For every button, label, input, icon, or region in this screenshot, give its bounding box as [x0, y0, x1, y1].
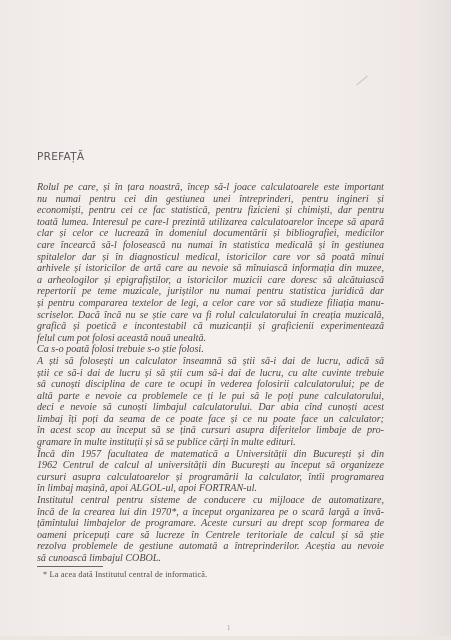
preface-body: Rolul pe care, și în țara noastră, încep…	[37, 182, 384, 565]
text-line: și pentru compararea textelor de legi, a…	[37, 298, 384, 310]
text-line: limbaj îți poți da seama de ce poate fac…	[37, 414, 384, 426]
text-line: spitalelor dar și în diagnosticul medica…	[37, 252, 384, 264]
text-line: 1962 Centrul de calcul al universității …	[37, 460, 384, 472]
page-edge	[0, 636, 451, 640]
text-line: Încă din 1957 facultatea de matematică a…	[37, 449, 384, 461]
text-line: deci e nevoie să cunoști limbajul calcul…	[37, 402, 384, 414]
text-line: oameni pricepuți care să lucreze în Cent…	[37, 530, 384, 542]
text-line: rezolva problemele de gestiune automată …	[37, 541, 384, 553]
text-line: repertorii pe teme muzicale, juriștilor …	[37, 286, 384, 298]
page-title: PREFAȚĂ	[37, 151, 84, 163]
text-line: toată lumea. Interesul pe care-l prezint…	[37, 217, 384, 229]
text-line: știi ce să-i dai de lucru și să știi cum…	[37, 368, 384, 380]
text-line: grafică și poetică e incontestabil că mu…	[37, 321, 384, 333]
footnote-divider	[37, 566, 103, 567]
text-line: clar și celor ce lucrează în domeniul do…	[37, 228, 384, 240]
text-line: altă parte e nevoie ca problemele ce ți …	[37, 391, 384, 403]
text-line: gramare în multe instituții și să se pub…	[37, 437, 384, 449]
text-line: care încearcă să-l folosească nu numai î…	[37, 240, 384, 252]
text-line: a arheologilor și epigrafiștilor, a isto…	[37, 275, 384, 287]
text-line: Ca s-o poată folosi trebuie s-o știe fol…	[37, 344, 384, 356]
page-number: 1	[227, 624, 231, 632]
text-line: să cunoști disciplina de care te ocupi î…	[37, 379, 384, 391]
text-line: A ști să folosești un calculator înseamn…	[37, 356, 384, 368]
text-line: în limbaj mașină, apoi ALGOL-ul, apoi FO…	[37, 483, 384, 495]
book-page: PREFAȚĂ Rolul pe care, și în țara noastr…	[0, 0, 451, 640]
text-line: Rolul pe care, și în țara noastră, încep…	[37, 182, 384, 194]
text-line: nu numai pentru cei din gestiunea unei î…	[37, 194, 384, 206]
text-line: felul cum pot folosi această nouă unealt…	[37, 333, 384, 345]
text-line: încă de la crearea lui din 1970*, a înce…	[37, 507, 384, 519]
text-line: în acest scop au început să se țină curs…	[37, 425, 384, 437]
footnote: * La acea dată Institutul central de inf…	[43, 570, 207, 579]
text-line: cursuri asupra calculatoarelor și progra…	[37, 472, 384, 484]
text-line: să cunoască limbajul COBOL.	[37, 553, 384, 565]
text-line: Institutul central pentru sisteme de con…	[37, 495, 384, 507]
text-line: țămîntului limbajelor de programare. Ace…	[37, 518, 384, 530]
pencil-mark	[356, 76, 367, 86]
text-line: scriselor. Dacă încă nu se știe care va …	[37, 310, 384, 322]
text-line: economiști, pentru cei ce fac statistică…	[37, 205, 384, 217]
text-line: arhivele și istoricilor de artă care au …	[37, 263, 384, 275]
